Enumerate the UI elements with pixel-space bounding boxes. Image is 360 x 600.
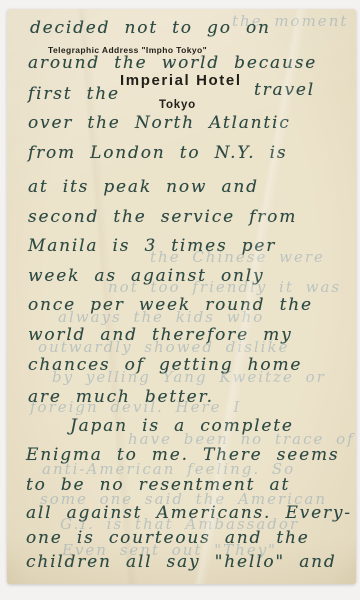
handwritten-line: at its peak now and bbox=[28, 177, 259, 197]
handwritten-line: Enigma to me. There seems bbox=[26, 445, 339, 465]
handwritten-line: travel bbox=[254, 80, 315, 100]
handwritten-line: around the world because bbox=[28, 53, 317, 73]
handwritten-line: children all say "hello" and bbox=[26, 552, 337, 572]
handwritten-line: over the North Atlantic bbox=[28, 113, 291, 133]
handwritten-line: second the service from bbox=[28, 207, 297, 227]
handwritten-line: world and therefore my bbox=[28, 325, 292, 345]
handwritten-line: are much better. bbox=[28, 387, 214, 407]
letter-scan: the moment the Chinese were not too frie… bbox=[0, 0, 360, 600]
handwritten-line: one is courteous and the bbox=[26, 528, 310, 548]
handwritten-line: all against Americans. Every- bbox=[26, 503, 352, 523]
handwritten-line: week as against only bbox=[28, 266, 264, 286]
handwritten-line: Manila is 3 times per bbox=[28, 236, 276, 256]
hotel-city: Tokyo bbox=[159, 99, 196, 111]
handwritten-line: first the bbox=[28, 84, 120, 104]
handwritten-line: decided not to go on bbox=[30, 18, 271, 38]
handwritten-line: Japan is a complete bbox=[70, 416, 294, 436]
handwritten-line: once per week round the bbox=[28, 295, 313, 315]
handwritten-line: chances of getting home bbox=[28, 355, 302, 375]
handwritten-line: from London to N.Y. is bbox=[28, 143, 287, 163]
handwritten-line: to be no resentment at bbox=[26, 475, 290, 495]
hotel-name: Imperial Hotel bbox=[120, 72, 242, 89]
